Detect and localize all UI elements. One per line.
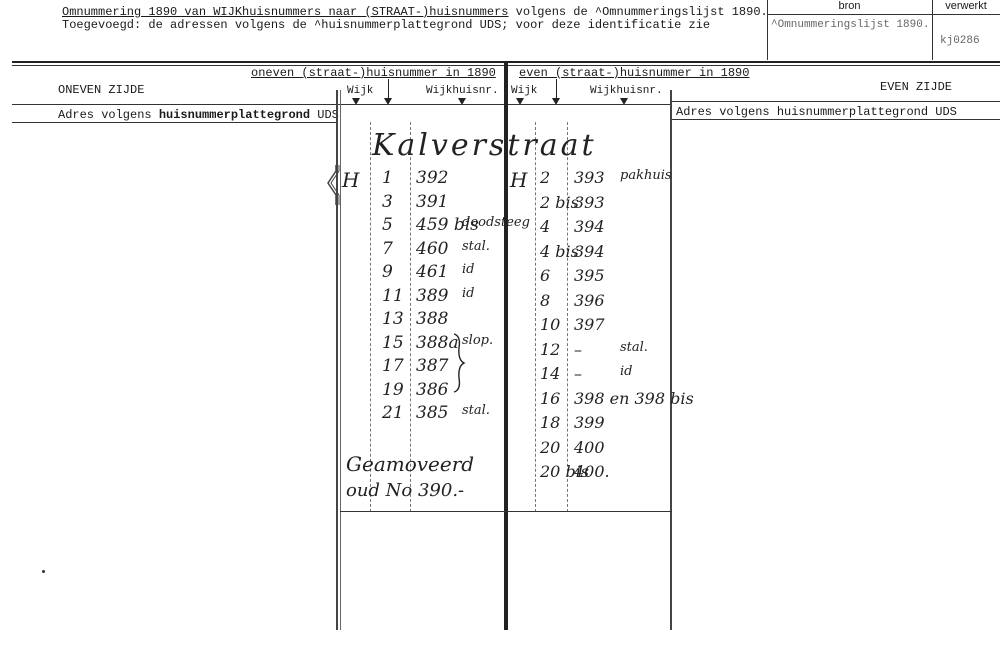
odd-row-note: stal. (462, 403, 490, 418)
odd-row-wijkhuisnr: 460 (416, 239, 448, 259)
form-subtitle: Toegevoegd: de adressen volgens de ^huis… (62, 18, 710, 32)
odd-footer-note-1: Geamoveerd (346, 452, 474, 476)
even-row-number: 20 (540, 438, 560, 457)
odd-row-number: 5 (382, 215, 393, 235)
odd-row-note: slop. (462, 333, 493, 348)
odd-side-rule (12, 104, 337, 105)
even-wijk-label: Wijk (511, 85, 537, 97)
source-box-header-rule (767, 14, 1000, 15)
even-row-number: 10 (540, 315, 560, 334)
odd-address-label: Adres volgens huisnummerplattegrond UDS (58, 108, 339, 122)
odd-footer-note-2: oud No 390.- (346, 480, 464, 501)
even-row-note: stal. (620, 340, 648, 355)
odd-row-wijkhuisnr: 388 (416, 309, 448, 329)
even-row-wijkhuisnr: 393 (574, 168, 605, 187)
odd-row-wijkhuisnr: 391 (416, 192, 448, 212)
odd-row-note: doodsteeg (462, 215, 530, 230)
even-row-wijkhuisnr: 399 (574, 413, 605, 432)
even-row-wijkhuisnr: 394 (574, 217, 605, 236)
even-row-wijkhuisnr: – (574, 364, 582, 383)
odd-row-wijkhuisnr: 386 (416, 380, 448, 400)
odd-row-number: 13 (382, 309, 404, 329)
even-address-label: Adres volgens huisnummerplattegrond UDS (676, 105, 957, 119)
register-bottom-rule (340, 511, 672, 512)
even-row-wijkhuisnr: 394 (574, 242, 605, 261)
odd-row-wijkhuisnr: 385 (416, 403, 448, 423)
register-left-border-inner (340, 90, 341, 630)
odd-row-number: 19 (382, 380, 404, 400)
even-side-rule (672, 101, 1000, 102)
even-row-wijkhuisnr: – (574, 340, 582, 359)
form-title: Omnummering 1890 van WIJKhuisnummers naa… (62, 5, 768, 19)
verwerkt-label: verwerkt (932, 0, 1000, 12)
odd-row-wijkhuisnr: 392 (416, 168, 448, 188)
odd-row-wijkhuisnr: 461 (416, 262, 448, 282)
even-row-wijkhuisnr: 397 (574, 315, 605, 334)
odd-group-arrow-stem (388, 79, 389, 99)
form-title-rest: volgens de ^Omnummeringslijst 1890. (508, 5, 767, 19)
odd-side-label: ONEVEN ZIJDE (58, 83, 144, 97)
even-row-wijkhuisnr: 396 (574, 291, 605, 310)
even-address-rule (672, 119, 1000, 120)
even-row-number: 16 (540, 389, 560, 408)
even-row-number: 18 (540, 413, 560, 432)
even-nr-guide (567, 122, 568, 512)
brace-icon (452, 332, 466, 394)
odd-group-label: oneven (straat-)huisnummer in 1890 (251, 66, 496, 80)
odd-row-note: stal. (462, 239, 490, 254)
odd-row-number: 11 (382, 286, 404, 306)
even-row-number: 2 (540, 168, 550, 187)
odd-row-number: 21 (382, 403, 404, 423)
odd-row-number: 3 (382, 192, 393, 212)
form-title-main: Omnummering 1890 van WIJKhuisnummers naa… (62, 5, 508, 19)
odd-row-number: 1 (382, 168, 393, 188)
odd-row-number: 7 (382, 239, 393, 259)
odd-row-note: id (462, 262, 474, 277)
even-row-wijkhuisnr: 400. (574, 462, 610, 481)
even-row-number: 6 (540, 266, 550, 285)
even-row-note: pakhuis (620, 168, 672, 183)
odd-row-note: id (462, 286, 474, 301)
bracket-marker-icon (324, 165, 340, 205)
odd-row-number: 9 (382, 262, 393, 282)
even-row-wijkhuisnr: 400 (574, 438, 605, 457)
even-row-number: 12 (540, 340, 560, 359)
odd-wijkhuisnr-label: Wijkhuisnr. (426, 85, 499, 97)
odd-row-number: 15 (382, 333, 404, 353)
odd-row-wijkhuisnr: 389 (416, 286, 448, 306)
even-row-number: 4 (540, 217, 550, 236)
odd-row-wijkhuisnr: 387 (416, 356, 448, 376)
even-row-wijkhuisnr: 395 (574, 266, 605, 285)
bron-label: bron (767, 0, 932, 12)
odd-wijk-label: Wijk (347, 85, 373, 97)
even-row-wijkhuisnr: 393 (574, 193, 605, 212)
even-side-label: EVEN ZIJDE (880, 80, 952, 94)
bron-value: ^Omnummeringslijst 1890. (771, 19, 929, 31)
street-name: Kalverstraat (372, 128, 597, 163)
even-wijk-letter: H (510, 168, 527, 192)
even-row-wijkhuisnr: 398 en 398 bis (574, 389, 694, 408)
even-wijkhuisnr-label: Wijkhuisnr. (590, 85, 663, 97)
stray-dot (42, 570, 45, 573)
verwerkt-value: kj0286 (940, 35, 980, 47)
even-row-number: 14 (540, 364, 560, 383)
odd-wijk-letter: H (342, 168, 359, 192)
even-row-note: id (620, 364, 632, 379)
odd-row-number: 17 (382, 356, 404, 376)
even-wijk-guide (535, 122, 536, 512)
odd-address-rule (12, 122, 337, 123)
even-group-arrow-stem (556, 79, 557, 99)
even-group-label: even (straat-)huisnummer in 1890 (519, 66, 749, 80)
even-row-number: 8 (540, 291, 550, 310)
